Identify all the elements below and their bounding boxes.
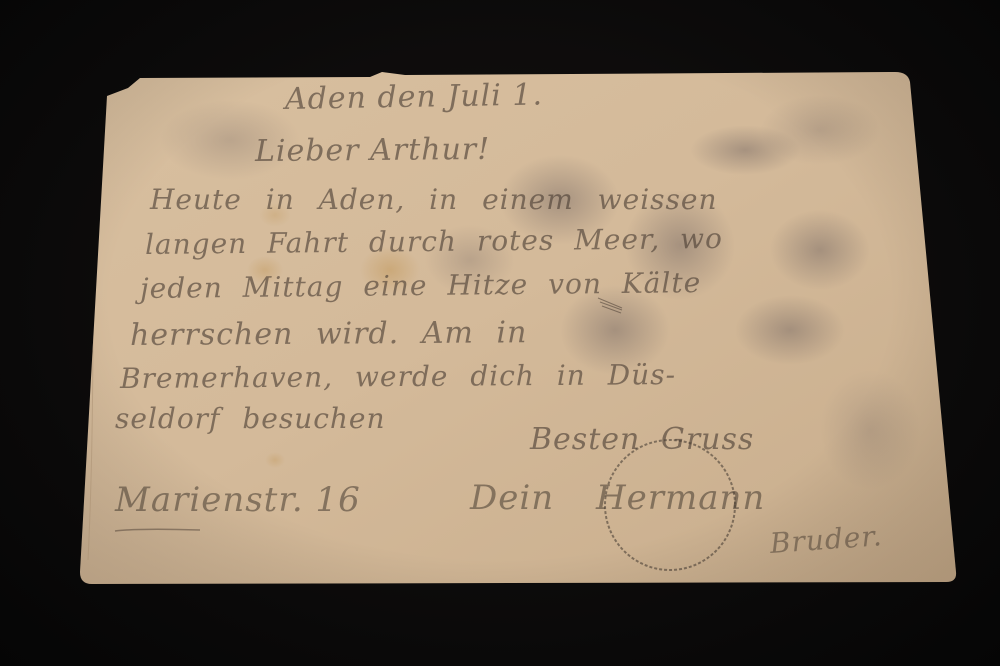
body-line-2: langen Fahrt durch rotes Meer, wo [145, 222, 723, 261]
closing-line: Besten Gruss [530, 422, 754, 457]
body-line-3: jeden Mittag eine Hitze von Kälte [140, 266, 702, 305]
body-line-6: seldorf besuchen [115, 402, 386, 435]
address-line: Marienstr. 16 [115, 480, 361, 520]
body-line-1: Heute in Aden, in einem weissen [150, 183, 717, 216]
body-line-5: Bremerhaven, werde dich in Düs- [120, 358, 676, 395]
greeting-line: Lieber Arthur! [255, 132, 491, 169]
body-line-4: herrschen wird. Am in [130, 315, 528, 353]
photo-scene: Aden den Juli 1. Lieber Arthur! Heute in… [0, 0, 1000, 666]
date-line: Aden den Juli 1. [285, 77, 544, 116]
signature-line: Dein Hermann [470, 478, 765, 518]
